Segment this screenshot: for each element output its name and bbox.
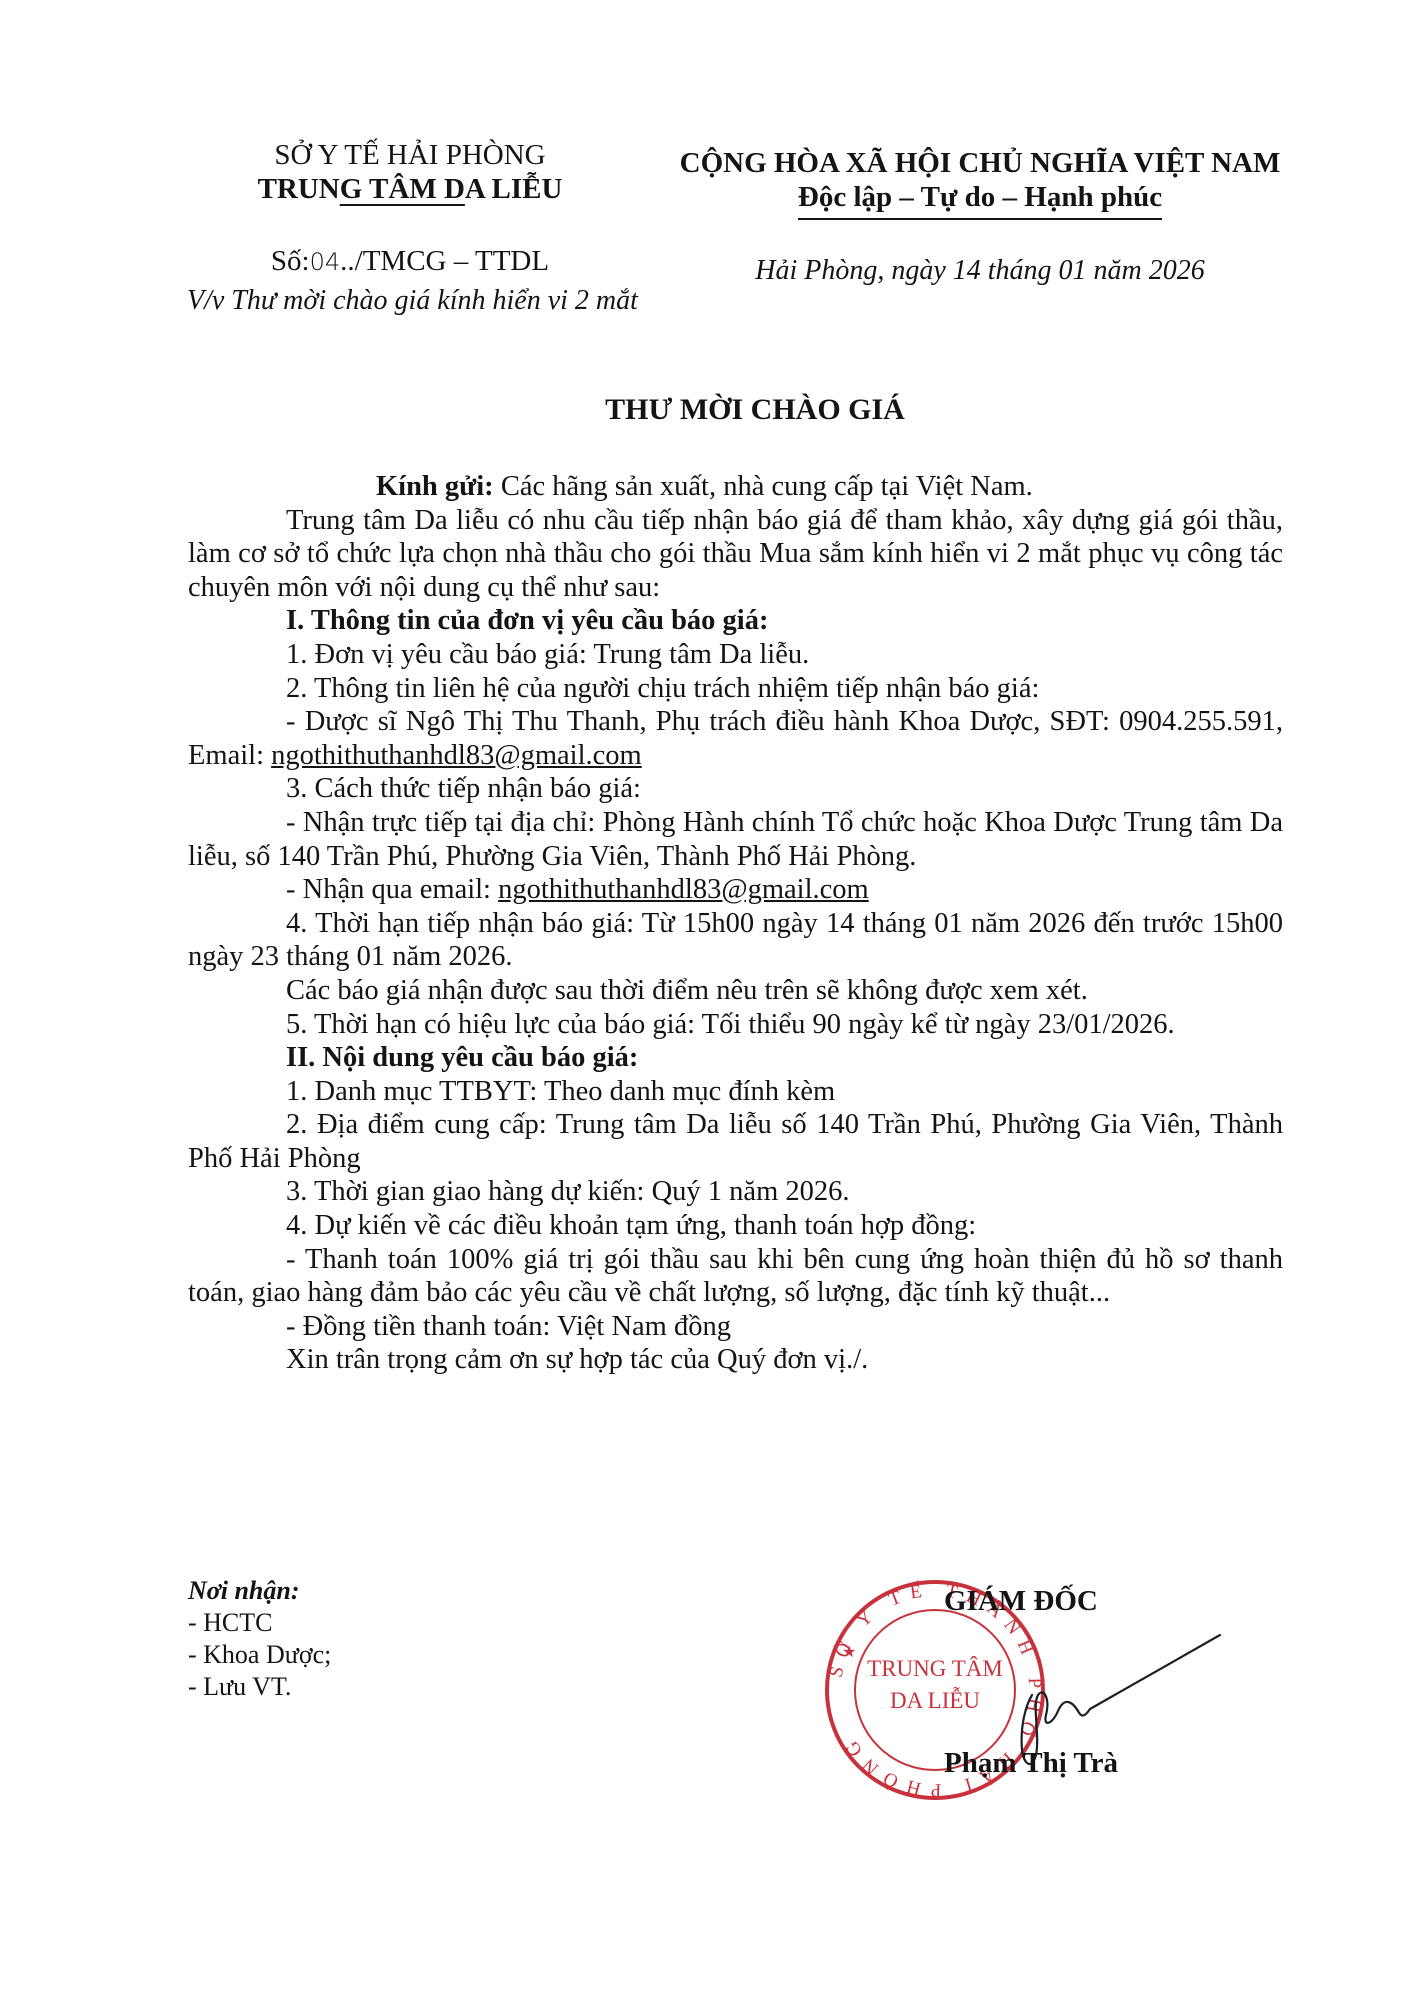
section-2-item-1: 1. Danh mục TTBYT: Theo danh mục đính kè… xyxy=(188,1075,1283,1109)
section-1-heading: I. Thông tin của đơn vị yêu cầu báo giá: xyxy=(188,604,1283,638)
section-1-item-1: 1. Đơn vị yêu cầu báo giá: Trung tâm Da … xyxy=(188,638,1283,672)
section-2-item-2: 2. Địa điểm cung cấp: Trung tâm Da liễu … xyxy=(188,1108,1283,1175)
section-1-item-5: 5. Thời hạn có hiệu lực của báo giá: Tối… xyxy=(188,1008,1283,1042)
place-date: Hải Phòng, ngày 14 tháng 01 năm 2026 xyxy=(640,255,1320,287)
document-number: Số:04../TMCG – TTDL xyxy=(200,245,620,278)
section-2-item-3: 3. Thời gian giao hàng dự kiến: Quý 1 nă… xyxy=(188,1175,1283,1209)
signatory-name: Phạm Thị Trà xyxy=(910,1747,1264,1780)
section-2-heading: II. Nội dung yêu cầu báo giá: xyxy=(188,1041,1283,1075)
doc-number-label: Số: xyxy=(271,245,310,277)
document-subject: V/v Thư mời chào giá kính hiển vi 2 mắt xyxy=(187,284,647,318)
national-header: CỘNG HÒA XÃ HỘI CHỦ NGHĨA VIỆT NAM Độc l… xyxy=(640,146,1320,220)
payment-terms: - Thanh toán 100% giá trị gói thầu sau k… xyxy=(188,1243,1283,1310)
issuing-agency: SỞ Y TẾ HẢI PHÒNG TRUNG TÂM DA LIỄU xyxy=(200,138,620,206)
signatory-title: GIÁM ĐỐC xyxy=(920,1585,1244,1618)
greeting: Kính gửi: Các hãng sản xuất, nhà cung cấ… xyxy=(188,470,1283,504)
org-name-part: A LIỄU xyxy=(465,173,563,205)
letter-body: Kính gửi: Các hãng sản xuất, nhà cung cấ… xyxy=(188,470,1283,1377)
greeting-text: Các hãng sản xuất, nhà cung cấp tại Việt… xyxy=(494,471,1033,502)
organization-name: TRUNG TÂM DA LIỄU xyxy=(200,172,620,206)
section-2-item-4: 4. Dự kiến về các điều khoản tạm ứng, th… xyxy=(188,1209,1283,1243)
doc-number-handwritten: 04 xyxy=(310,248,341,276)
org-name-underlined: G TÂM D xyxy=(340,173,465,205)
section-1-item-3: 3. Cách thức tiếp nhận báo giá: xyxy=(188,772,1283,806)
recipient-item: - HCTC xyxy=(188,1607,568,1639)
parent-agency: SỞ Y TẾ HẢI PHÒNG xyxy=(200,138,620,172)
contact-email-link[interactable]: ngothithuthanhdl83@gmail.com xyxy=(271,740,642,771)
recipient-item: - Lưu VT. xyxy=(188,1671,568,1703)
doc-number-code: ../TMCG – TTDL xyxy=(340,245,549,277)
email-link[interactable]: ngothithuthanhdl83@gmail.com xyxy=(498,874,869,905)
section-heading-text: I. Thông tin của đơn vị yêu cầu báo giá: xyxy=(286,605,768,636)
closing-line: Xin trân trọng cảm ơn sự hợp tác của Quý… xyxy=(188,1343,1283,1377)
email-delivery: - Nhận qua email: ngothithuthanhdl83@gma… xyxy=(188,873,1283,907)
section-1-item-2: 2. Thông tin liên hệ của người chịu trác… xyxy=(188,672,1283,706)
contact-person: - Dược sĩ Ngô Thị Thu Thanh, Phụ trách đ… xyxy=(188,705,1283,772)
country-name: CỘNG HÒA XÃ HỘI CHỦ NGHĨA VIỆT NAM xyxy=(640,146,1320,180)
section-1-item-4: 4. Thời hạn tiếp nhận báo giá: Từ 15h00 … xyxy=(188,907,1283,974)
section-heading-text: II. Nội dung yêu cầu báo giá: xyxy=(286,1042,638,1073)
greeting-label: Kính gửi: xyxy=(376,471,494,502)
recipient-item: - Khoa Dược; xyxy=(188,1639,568,1671)
direct-delivery: - Nhận trực tiếp tại địa chỉ: Phòng Hành… xyxy=(188,806,1283,873)
org-name-part: TRUN xyxy=(258,173,340,205)
intro-paragraph: Trung tâm Da liễu có nhu cầu tiếp nhận b… xyxy=(188,504,1283,605)
late-note: Các báo giá nhận được sau thời điểm nêu … xyxy=(188,974,1283,1008)
national-motto: Độc lập – Tự do – Hạnh phúc xyxy=(798,180,1162,220)
recipients-heading: Nơi nhận: xyxy=(188,1575,568,1607)
email-label: - Nhận qua email: xyxy=(286,874,498,905)
payment-currency: - Đồng tiền thanh toán: Việt Nam đồng xyxy=(188,1310,1283,1344)
recipients-block: Nơi nhận: - HCTC - Khoa Dược; - Lưu VT. xyxy=(188,1575,568,1703)
document-title: THƯ MỜI CHÀO GIÁ xyxy=(180,393,1330,427)
